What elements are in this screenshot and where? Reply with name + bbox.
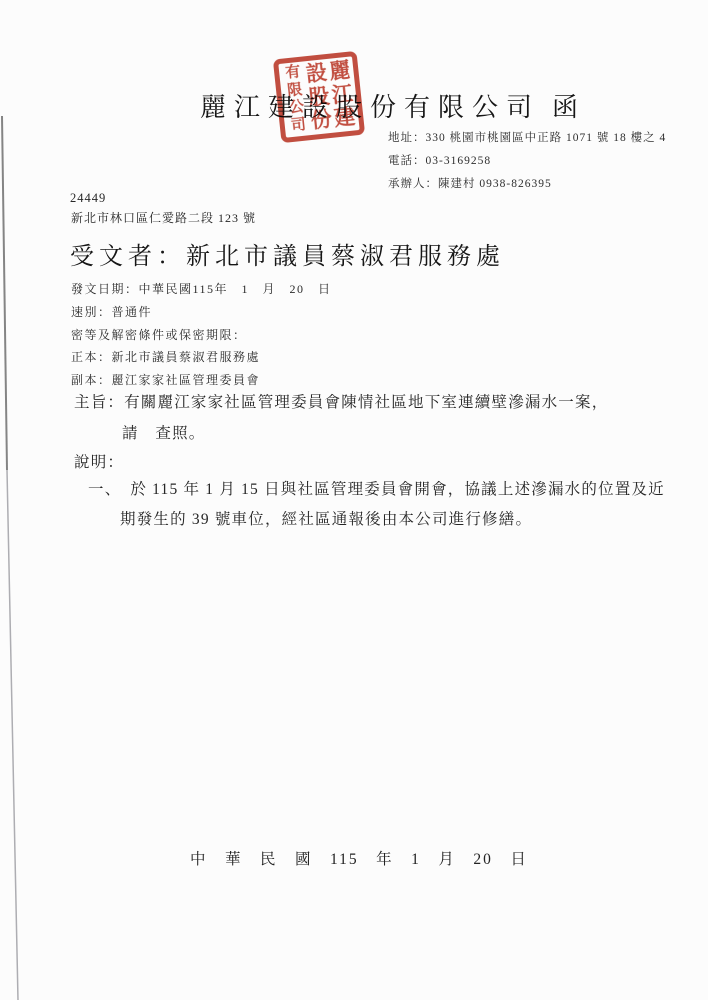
- seal-char: 公: [288, 100, 305, 116]
- seal-char: 江: [331, 83, 354, 106]
- seal-char: 麗: [328, 60, 351, 83]
- contact-address: 地址：330 桃園市桃園區中正路 1071 號 18 樓之 4: [388, 127, 666, 150]
- security-class-line: 密等及解密條件或保密期限：: [71, 324, 332, 347]
- company-name: 麗江建設股份有限公司: [200, 93, 540, 122]
- item-number: 一、: [88, 481, 121, 498]
- footer-date-line: 中 華 民 國 115 年 1 月 20 日: [190, 847, 528, 869]
- doc-type-label: 函: [552, 93, 586, 122]
- company-seal-stamp: 麗 江 建 設 股 份 有 限 公 司: [273, 51, 365, 143]
- seal-char: 份: [310, 109, 333, 132]
- carbon-copy-line: 副本：麗江家家社區管理委員會: [71, 369, 332, 392]
- document-number: 24449: [70, 191, 106, 206]
- original-copy-line: 正本：新北市議員蔡淑君服務處: [71, 346, 332, 369]
- explanation-item-1-line-1: 一、於 115 年 1 月 15 日與社區管理委員會開會，協議上述滲漏水的位置及…: [88, 477, 665, 499]
- subject-line-1: 主旨：有關麗江家家社區管理委員會陳情社區地下室連續壁滲漏水一案，: [74, 390, 608, 412]
- recipient-line: 受文者：新北市議員蔡淑君服務處: [70, 236, 505, 271]
- seal-char: 限: [287, 82, 304, 98]
- explanation-item-1-line-2: 期發生的 39 號車位，經社區通報後由本公司進行修繕。: [120, 507, 532, 529]
- seal-char: 司: [290, 118, 307, 134]
- letter-title: 麗江建設股份有限公司函: [200, 87, 586, 124]
- meta-block: 發文日期：中華民國115年 1 月 20 日 速別：普通件 密等及解密條件或保密…: [71, 278, 332, 392]
- explanation-label: 說明：: [74, 450, 124, 472]
- issue-date-line: 發文日期：中華民國115年 1 月 20 日: [71, 278, 332, 301]
- seal-char: 設: [305, 62, 328, 85]
- seal-char: 股: [307, 85, 330, 108]
- contact-agent: 承辦人：陳建村 0938-826395: [388, 173, 666, 196]
- speed-class-line: 速別：普通件: [71, 301, 332, 324]
- item-text: 於 115 年 1 月 15 日與社區管理委員會開會，協議上述滲漏水的位置及近: [130, 481, 664, 498]
- contact-phone: 電話：03-3169258: [388, 150, 666, 173]
- seal-char: 有: [285, 65, 302, 81]
- seal-char: 建: [333, 106, 356, 129]
- scanned-letter-page: 麗江建設股份有限公司函 麗 江 建 設 股 份 有 限 公 司 地址：330 桃…: [0, 0, 708, 1000]
- recipient-street-address: 新北市林口區仁愛路二段 123 號: [71, 209, 256, 226]
- subject-line-2: 請 查照。: [122, 421, 206, 443]
- contact-block: 地址：330 桃園市桃園區中正路 1071 號 18 樓之 4 電話：03-31…: [388, 127, 666, 196]
